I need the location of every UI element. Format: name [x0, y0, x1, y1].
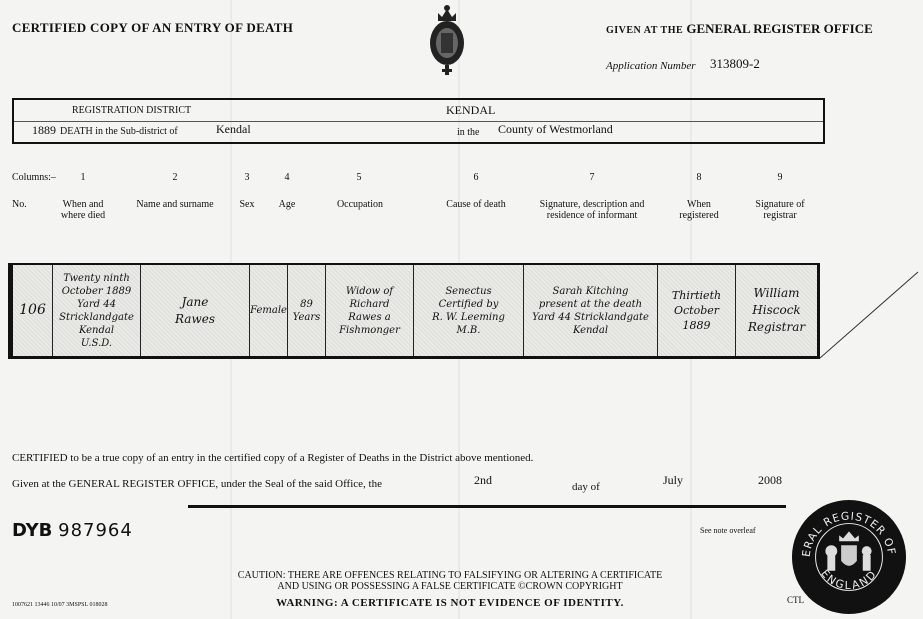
entry-age: 89 Years	[288, 265, 326, 356]
text-line: Rawes	[175, 311, 215, 328]
given-at-heading: GIVEN AT THE GENERAL REGISTER OFFICE	[606, 21, 873, 37]
entry-sex: Female	[250, 265, 288, 356]
certified-statement: CERTIFIED to be a true copy of an entry …	[12, 452, 533, 464]
identity-warning: WARNING: A CERTIFICATE IS NOT EVIDENCE O…	[150, 597, 750, 609]
entry-when-where: Twenty ninth October 1889 Yard 44 Strick…	[53, 265, 141, 356]
column-number: 2	[155, 172, 195, 183]
column-header-name: Name and surname	[128, 199, 222, 210]
column-header-no: No.	[12, 199, 32, 210]
entry-cause-of-death: Senectus Certified by R. W. Leeming M.B.	[414, 265, 524, 356]
in-the-label: in the	[457, 127, 480, 138]
text-line: Kendal	[79, 324, 114, 337]
column-header-registrar: Signature of registrar	[745, 199, 815, 221]
caution-line: CAUTION: THERE ARE OFFENCES RELATING TO …	[150, 570, 750, 581]
text-line: Fishmonger	[339, 324, 400, 337]
column-number: 9	[760, 172, 800, 183]
column-number: 3	[227, 172, 267, 183]
text-line: Yard 44	[77, 298, 116, 311]
text-line: Kendal	[573, 324, 608, 337]
document-title: CERTIFIED COPY OF AN ENTRY OF DEATH	[12, 20, 293, 36]
entry-informant: Sarah Kitching present at the death Yard…	[524, 265, 658, 356]
text-line: October	[674, 303, 719, 318]
given-at-statement: Given at the GENERAL REGISTER OFFICE, un…	[12, 478, 382, 490]
column-header-when-registered: When registered	[670, 199, 728, 221]
registration-district-label: REGISTRATION DISTRICT	[72, 105, 191, 116]
text-line: October 1889	[62, 285, 132, 298]
text-line: Widow of Richard	[326, 285, 413, 311]
serial-number: 987964	[58, 520, 133, 541]
certified-month: July	[663, 473, 683, 488]
entry-registrar: William Hiscock Registrar	[736, 265, 817, 356]
text-line: M.B.	[457, 324, 481, 337]
text-line: Years	[293, 311, 321, 324]
text-line: Senectus	[445, 285, 491, 298]
signature-rule	[188, 505, 786, 508]
certificate-serial: DYB 987964	[12, 520, 133, 541]
entry-number: 106	[13, 265, 53, 356]
cancel-diagonal-line	[820, 270, 920, 360]
text-line: Hiscock	[752, 302, 800, 319]
column-header-cause: Cause of death	[426, 199, 526, 210]
entry-name: Jane Rawes	[141, 265, 250, 356]
given-office: GENERAL REGISTER OFFICE	[686, 21, 872, 36]
text-line: R. W. Leeming	[432, 311, 505, 324]
text-line: Yard 44 Stricklandgate	[532, 311, 649, 324]
caution-line: AND USING OR POSSESSING A FALSE CERTIFIC…	[150, 581, 750, 592]
general-register-office-seal-icon: GENERAL REGISTER OFFICE ENGLAND	[790, 498, 908, 616]
registration-district-box: REGISTRATION DISTRICT KENDAL 1889 DEATH …	[12, 98, 825, 144]
column-number: 5	[339, 172, 379, 183]
column-header-age: Age	[272, 199, 302, 210]
registration-district-value: KENDAL	[446, 103, 495, 118]
entry-occupation: Widow of Richard Rawes a Fishmonger	[326, 265, 414, 356]
text-line: 89	[300, 298, 313, 311]
text-line: Registrar	[748, 319, 805, 336]
application-number-label: Application Number	[606, 60, 696, 72]
subdistrict-label: DEATH in the Sub-district of	[60, 126, 178, 137]
application-number: 313809-2	[710, 56, 760, 72]
serial-prefix: DYB	[12, 520, 52, 541]
print-codes: 1007621 13446 10/07 3MSPSL 018028	[12, 602, 107, 608]
column-number: 7	[572, 172, 612, 183]
death-entry-row: 106 Twenty ninth October 1889 Yard 44 St…	[8, 263, 820, 359]
text-line: Jane	[182, 294, 209, 311]
text-line: present at the death	[539, 298, 642, 311]
column-number: 1	[63, 172, 103, 183]
column-number: 6	[456, 172, 496, 183]
text-line: 1889	[683, 318, 711, 333]
divider	[14, 121, 823, 122]
see-note-overleaf: See note overleaf	[700, 526, 756, 535]
column-header-sex: Sex	[232, 199, 262, 210]
day-of-label: day of	[572, 481, 600, 493]
column-number: 4	[267, 172, 307, 183]
certified-year: 2008	[758, 473, 782, 488]
text-line: Sarah Kitching	[553, 285, 629, 298]
text-line: Thirtieth	[672, 288, 721, 303]
text-line: William	[753, 285, 799, 302]
subdistrict-value: Kendal	[216, 122, 251, 137]
certified-day: 2nd	[474, 473, 492, 488]
caution-notice: CAUTION: THERE ARE OFFENCES RELATING TO …	[150, 570, 750, 592]
entry-year: 1889	[32, 123, 56, 138]
text-line: U.S.D.	[81, 337, 112, 350]
entry-when-registered: Thirtieth October 1889	[658, 265, 736, 356]
royal-crest-icon	[429, 3, 465, 79]
given-prefix: GIVEN AT THE	[606, 25, 683, 36]
columns-label: Columns:–	[12, 172, 56, 183]
column-number: 8	[679, 172, 719, 183]
text-line: Rawes a	[348, 311, 390, 324]
text-line: Twenty ninth	[63, 272, 130, 285]
county-value: County of Westmorland	[498, 122, 613, 137]
column-header-when-where: When and where died	[55, 199, 111, 221]
column-header-occupation: Occupation	[310, 199, 410, 210]
column-header-informant: Signature, description and residence of …	[532, 199, 652, 221]
text-line: Certified by	[439, 298, 499, 311]
text-line: Stricklandgate	[59, 311, 134, 324]
